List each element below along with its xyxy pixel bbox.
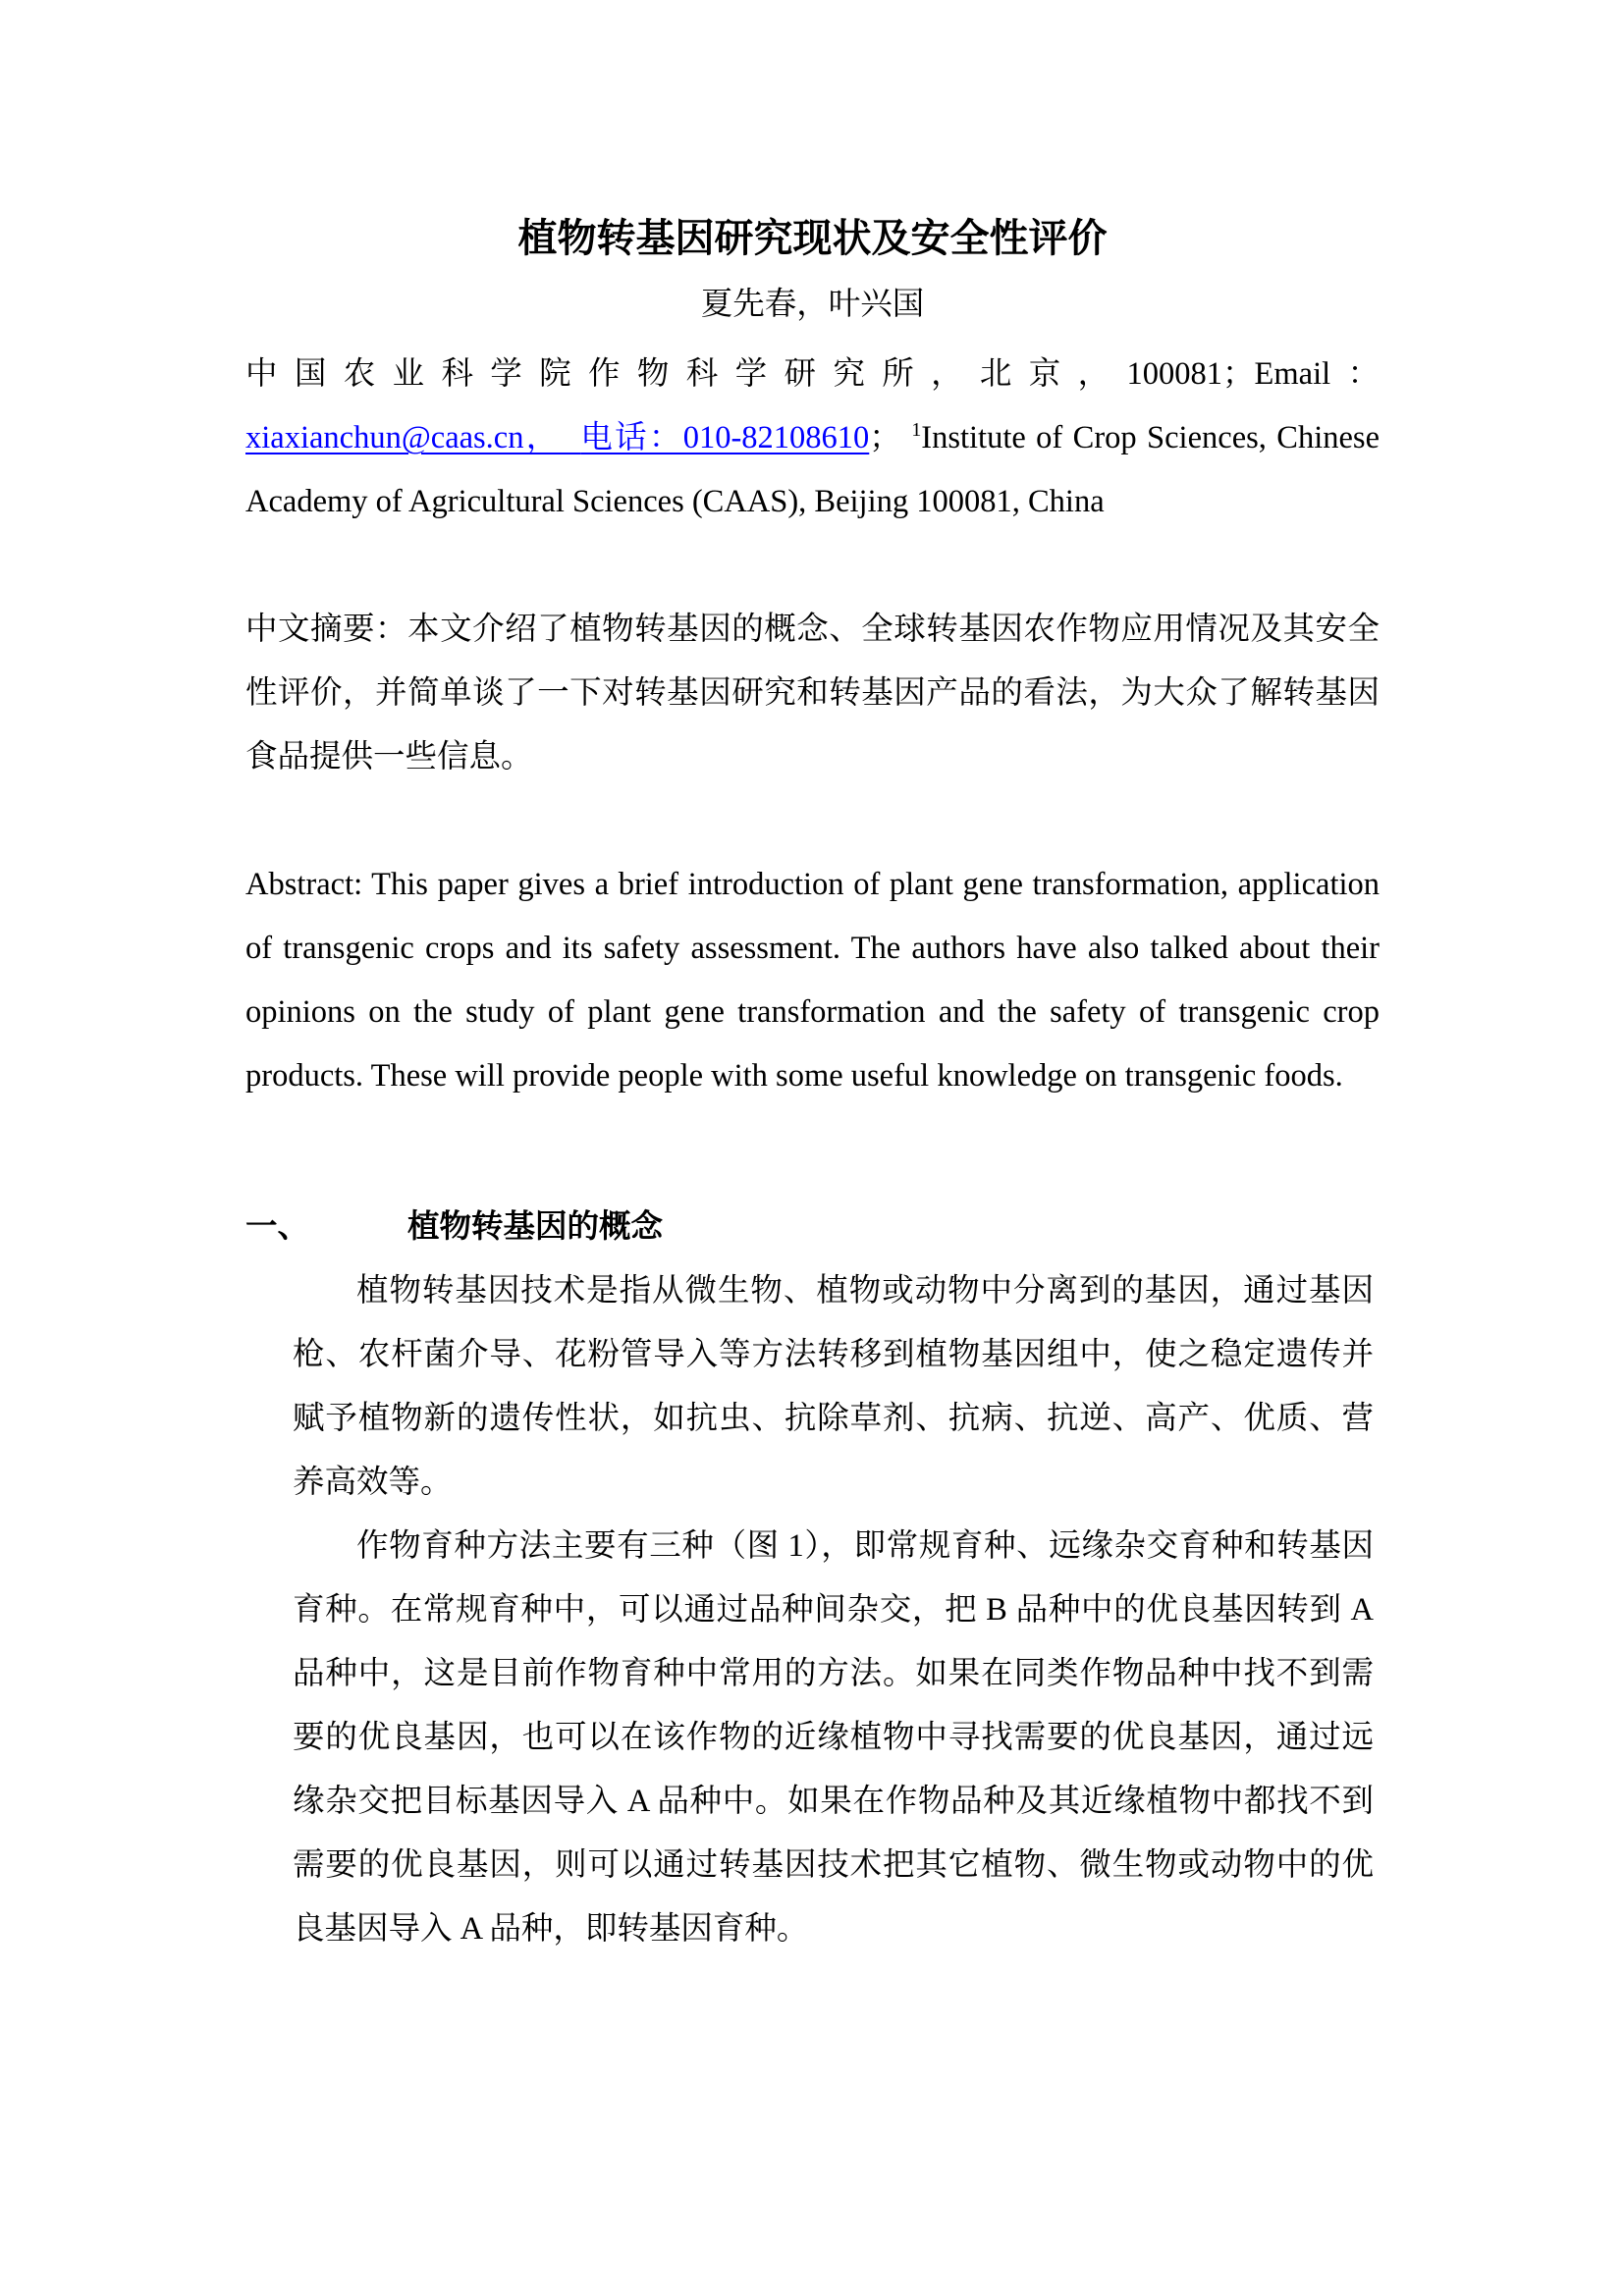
section-1-heading: 一、植物转基因的概念 — [245, 1196, 1380, 1259]
affiliation-separator: ； — [869, 420, 901, 455]
section-1-paragraph-2: 作物育种方法主要有三种（图 1），即常规育种、远缘杂交育种和转基因育种。在常规育… — [293, 1515, 1374, 1961]
document-page: 植物转基因研究现状及安全性评价 夏先春，叶兴国 中国农业科学院作物科学研究所，北… — [0, 0, 1624, 2296]
section-1-title: 植物转基因的概念 — [407, 1209, 663, 1245]
phone-link[interactable]: 电话：010-82108610 — [580, 420, 869, 455]
section-1-number: 一、 — [245, 1196, 407, 1259]
section-1-paragraph-1: 植物转基因技术是指从微生物、植物或动物中分离到的基因，通过基因枪、农杆菌介导、花… — [293, 1259, 1374, 1515]
affiliation-block: 中国农业科学院作物科学研究所，北京，100081；Email：xiaxianch… — [245, 343, 1380, 534]
abstract-english: Abstract: This paper gives a brief intro… — [245, 853, 1380, 1108]
email-link[interactable]: xiaxianchun@caas.cn， — [245, 420, 580, 455]
affiliation-cn-text: 中国农业科学院作物科学研究所，北京，100081；Email： — [245, 356, 1380, 392]
authors-line: 夏先春，叶兴国 — [245, 273, 1380, 337]
abstract-chinese: 中文摘要：本文介绍了植物转基因的概念、全球转基因农作物应用情况及其安全性评价，并… — [245, 598, 1380, 789]
paper-title: 植物转基因研究现状及安全性评价 — [245, 204, 1380, 273]
footnote-marker: 1 — [911, 419, 921, 441]
